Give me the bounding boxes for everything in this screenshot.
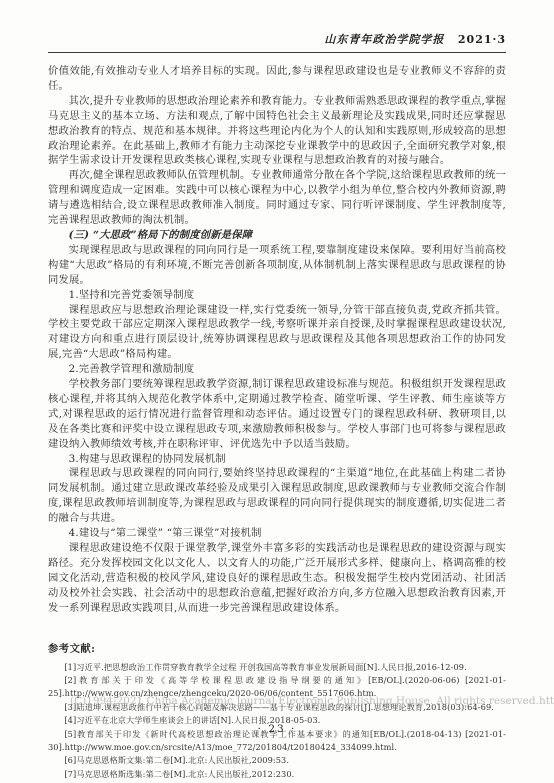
- paragraph: 其次,提升专业教师的思想政治理论素养和教育能力。专业教师需熟悉思政课程的教学重点…: [48, 94, 506, 169]
- reference-item: [3]陆道坤.课程思政推行中若干核心问题及解决思路——基于专业课程思政的探讨[J…: [48, 701, 506, 714]
- watermark-url: http://www.cnki.net: [539, 695, 554, 707]
- references-heading: 参考文献:: [48, 640, 506, 655]
- sub-heading-4: 4.建设与“第二课堂” “第三课堂”对接机制: [48, 526, 506, 541]
- reference-item: [7]马克思恩格斯选集:第二卷[M].北京:人民出版社,2012:230.: [48, 768, 506, 781]
- reference-item: [1]习近平.把思想政治工作贯穿教育教学全过程 开创我国高等教育事业发展新局面[…: [48, 661, 506, 674]
- paragraph: 价值效能,有效推动专业人才培养目标的实现。因此,参与课程思政建设也是专业教师义不…: [48, 64, 506, 94]
- issue-number: 2021·3: [458, 33, 506, 46]
- sub-heading-1: 1.坚持和完善党委领导制度: [48, 288, 506, 303]
- paragraph: 学校教务部门要统筹课程思政教学资源,制订课程思政建设标准与规范。积极组织开发课程…: [48, 377, 506, 452]
- running-head: 山东青年政治学院学报 2021·3: [48, 0, 506, 47]
- reference-item: [2]教育部关于印发《高等学校课程思政建设指导纲要的通知》[EB/OL].(20…: [48, 674, 506, 701]
- header-rule: [48, 52, 506, 53]
- sub-heading-3: 3.构建与思政课程的协同发展机制: [48, 452, 506, 467]
- article-body: 价值效能,有效推动专业人才培养目标的实现。因此,参与课程思政建设也是专业教师义不…: [48, 64, 506, 616]
- paragraph: 实现课程思政与思政课程的同向同行是一项系统工程,要靠制度建设来保障。要利用好当前…: [48, 243, 506, 288]
- journal-title: 山东青年政治学院学报: [324, 33, 444, 46]
- references-list: [1]习近平.把思想政治工作贯穿教育教学全过程 开创我国高等教育事业发展新局面[…: [48, 661, 506, 782]
- paragraph: 课程思政与思政课程的同向同行,要始终坚持思政课程的“主渠道”地位,在此基础上构建…: [48, 466, 506, 526]
- paragraph: 课程思政应与思想政治理论课建设一样,实行党委统一领导,分管干部直接负责,党政齐抓…: [48, 303, 506, 363]
- sub-heading-2: 2.完善教学管理和激励制度: [48, 362, 506, 377]
- reference-item: [6]马克思恩格斯文集:第二卷[M].北京:人民出版社,2009:53.: [48, 754, 506, 767]
- paragraph: 再次,健全课程思政教师队伍管理机制。专业教师通常分散在各个学院,这给课程思政教师…: [48, 168, 506, 228]
- section-heading: (三) “大思政”格局下的制度创新是保障: [48, 228, 506, 243]
- page-number: · 23 ·: [0, 723, 554, 735]
- paragraph: 课程思政建设绝不仅限于课堂教学,课堂外丰富多彩的实践活动也是课程思政的建设资源与…: [48, 541, 506, 616]
- journal-page: 山东青年政治学院学报 2021·3 价值效能,有效推动专业人才培养目标的实现。因…: [0, 0, 554, 783]
